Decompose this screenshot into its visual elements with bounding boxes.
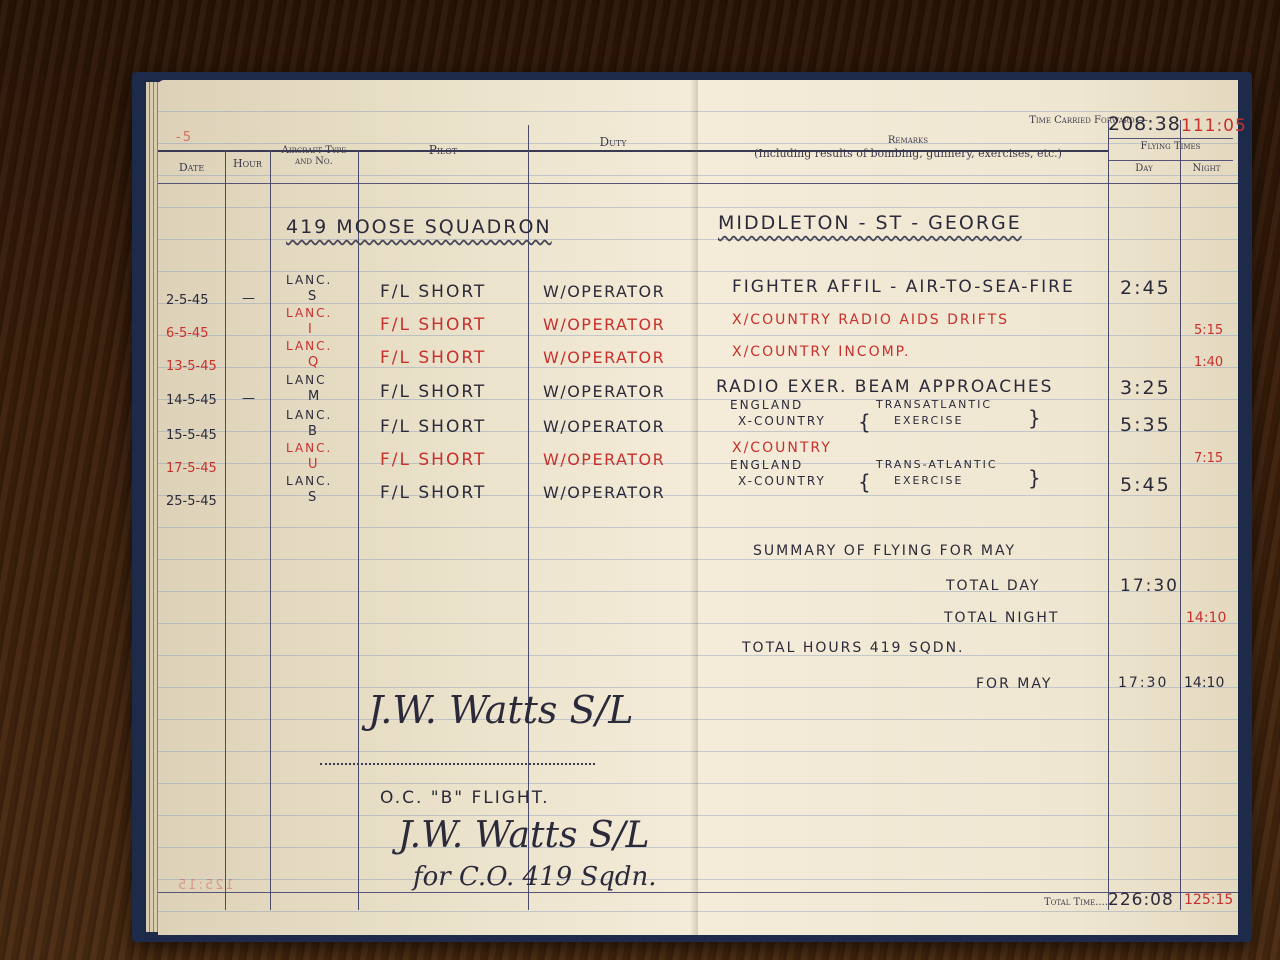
bleed-through-total: 125:15 xyxy=(176,878,234,893)
remark-night-time: 7:15 xyxy=(1194,451,1223,466)
remark-line: X/COUNTRY INCOMP. xyxy=(732,344,910,360)
bracket-line: TRANSATLANTIC xyxy=(876,398,992,411)
header-hour: Hour xyxy=(225,158,270,170)
header-flying-times: Flying Times xyxy=(1108,142,1233,153)
total-night-value: 14:10 xyxy=(1186,610,1226,626)
signature-2-title: for C.O. 419 Sqdn. xyxy=(413,862,657,892)
col-divider-hour xyxy=(270,150,271,910)
total-day-value: 17:30 xyxy=(1120,576,1179,596)
remark-line: RADIO EXER. BEAM APPROACHES xyxy=(716,377,1053,397)
entry-aircraft-no: B xyxy=(308,424,319,439)
header-night: Night xyxy=(1180,164,1233,175)
entry-date: 17-5-45 xyxy=(166,461,217,476)
entry-date: 25-5-45 xyxy=(166,494,217,509)
entry-aircraft-type: LANC. xyxy=(286,474,332,488)
col-divider-date xyxy=(225,150,226,910)
day-night-rule xyxy=(1108,160,1233,161)
entry-aircraft-type: LANC. xyxy=(286,306,332,320)
header-aircraft: Aircraft Type and No. xyxy=(272,146,356,167)
header-date: Date xyxy=(158,162,225,174)
entry-pilot: F/L SHORT xyxy=(380,483,486,503)
header-pilot: Pilot xyxy=(358,144,528,157)
squadron-heading: 419 MOOSE SQUADRON xyxy=(286,216,552,238)
bracket-line: EXERCISE xyxy=(894,474,963,487)
remark-line: X-COUNTRY xyxy=(738,414,826,428)
entry-duty: W/OPERATOR xyxy=(543,348,665,367)
total-time-label: Total Time.... xyxy=(948,898,1108,909)
entry-pilot: F/L SHORT xyxy=(380,450,486,470)
signature-co: J.W. Watts S/L xyxy=(398,815,650,856)
bracket-open: { xyxy=(858,470,873,494)
entry-pilot: F/L SHORT xyxy=(380,382,486,402)
for-may-night: 14:10 xyxy=(1184,675,1224,691)
col-divider-remarks xyxy=(1108,120,1109,910)
entry-pilot: F/L SHORT xyxy=(380,282,486,302)
location-heading: MIDDLETON - ST - GEORGE xyxy=(718,212,1022,234)
summary-title: SUMMARY OF FLYING FOR MAY xyxy=(753,543,1016,559)
entry-aircraft-type: LANC. xyxy=(286,408,332,422)
carried-forward-night: 111:05 xyxy=(1181,116,1247,136)
bracket-open: { xyxy=(858,410,873,434)
carried-forward-day: 208:38 xyxy=(1108,113,1181,135)
total-time-day: 226:08 xyxy=(1108,890,1174,910)
bracket-line: EXERCISE xyxy=(894,414,963,427)
header-bottom-rule xyxy=(158,183,698,184)
entry-aircraft-type: LANC. xyxy=(286,441,332,455)
remark-day-time: 5:45 xyxy=(1120,474,1171,496)
header-day: Day xyxy=(1108,164,1180,175)
squadron-total-label: TOTAL HOURS 419 SQDN. xyxy=(742,640,965,656)
entry-duty: W/OPERATOR xyxy=(543,450,665,469)
entry-aircraft-no: U xyxy=(308,457,320,472)
entry-aircraft-no: S xyxy=(308,490,318,505)
left-page: -5 Date Hour Aircraft Type and No. Pilot… xyxy=(158,80,698,935)
remark-night-time: 1:40 xyxy=(1194,355,1223,370)
entry-aircraft-type: LANC xyxy=(286,373,327,387)
entry-aircraft-no: S xyxy=(308,289,318,304)
entry-aircraft-no: M xyxy=(308,389,321,404)
remark-day-time: 2:45 xyxy=(1120,277,1171,299)
remark-line: X/COUNTRY RADIO AIDS DRIFTS xyxy=(732,312,1009,328)
entry-aircraft-no: I xyxy=(308,322,314,337)
remark-line: X/COUNTRY xyxy=(732,440,832,456)
entry-pilot: F/L SHORT xyxy=(380,348,486,368)
col-divider-aircraft xyxy=(358,150,359,910)
signature-1-title: O.C. "B" FLIGHT. xyxy=(380,788,549,808)
for-may-label: FOR MAY xyxy=(976,676,1052,692)
entry-aircraft-type: LANC. xyxy=(286,339,332,353)
entry-date: 2-5-45 xyxy=(166,293,208,308)
header-duty: Duty xyxy=(528,136,698,149)
bracket-line: TRANS-ATLANTIC xyxy=(876,458,998,471)
entry-duty: W/OPERATOR xyxy=(543,315,665,334)
total-day-label: TOTAL DAY xyxy=(946,578,1040,594)
entry-aircraft-type: LANC. xyxy=(286,273,332,287)
remark-night-time: 5:15 xyxy=(1194,323,1223,338)
entry-date: 6-5-45 xyxy=(166,326,208,341)
entry-duty: W/OPERATOR xyxy=(543,483,665,502)
entry-date: 14-5-45 xyxy=(166,393,217,408)
header-bottom-rule-right xyxy=(698,183,1238,184)
entry-hour: — xyxy=(242,391,257,406)
entry-duty: W/OPERATOR xyxy=(543,382,665,401)
for-may-day: 17:30 xyxy=(1118,675,1168,691)
flying-times-rule xyxy=(1108,138,1233,139)
footer-rule xyxy=(158,892,698,893)
signature-dotted-line xyxy=(320,763,595,765)
remark-line: X-COUNTRY xyxy=(738,474,826,488)
bracket-close: } xyxy=(1028,406,1043,430)
entry-aircraft-no: Q xyxy=(308,355,320,370)
entry-pilot: F/L SHORT xyxy=(380,417,486,437)
header-remarks: Remarks xyxy=(718,136,1098,147)
header-remarks-sub: (Including results of bombing, gunnery, … xyxy=(718,148,1098,160)
col-divider-day xyxy=(1180,120,1181,910)
page-mark: -5 xyxy=(176,130,193,145)
total-night-label: TOTAL NIGHT xyxy=(944,610,1059,626)
right-page: Time Carried Forward:— 208:38 111:05 Rem… xyxy=(698,80,1238,935)
remark-line: ENGLAND xyxy=(730,398,803,412)
bracket-close: } xyxy=(1028,466,1043,490)
total-time-night: 125:15 xyxy=(1184,892,1233,908)
entry-date: 13-5-45 xyxy=(166,359,217,374)
remark-day-time: 3:25 xyxy=(1120,377,1171,399)
remark-line: ENGLAND xyxy=(730,458,803,472)
remark-line: FIGHTER AFFIL - AIR-TO-SEA-FIRE xyxy=(732,277,1075,297)
entry-duty: W/OPERATOR xyxy=(543,417,665,436)
entry-duty: W/OPERATOR xyxy=(543,282,665,301)
entry-date: 15-5-45 xyxy=(166,428,217,443)
entry-hour: — xyxy=(242,291,257,306)
remark-day-time: 5:35 xyxy=(1120,414,1171,436)
signature-oc-flight: J.W. Watts S/L xyxy=(368,688,634,732)
entry-pilot: F/L SHORT xyxy=(380,315,486,335)
